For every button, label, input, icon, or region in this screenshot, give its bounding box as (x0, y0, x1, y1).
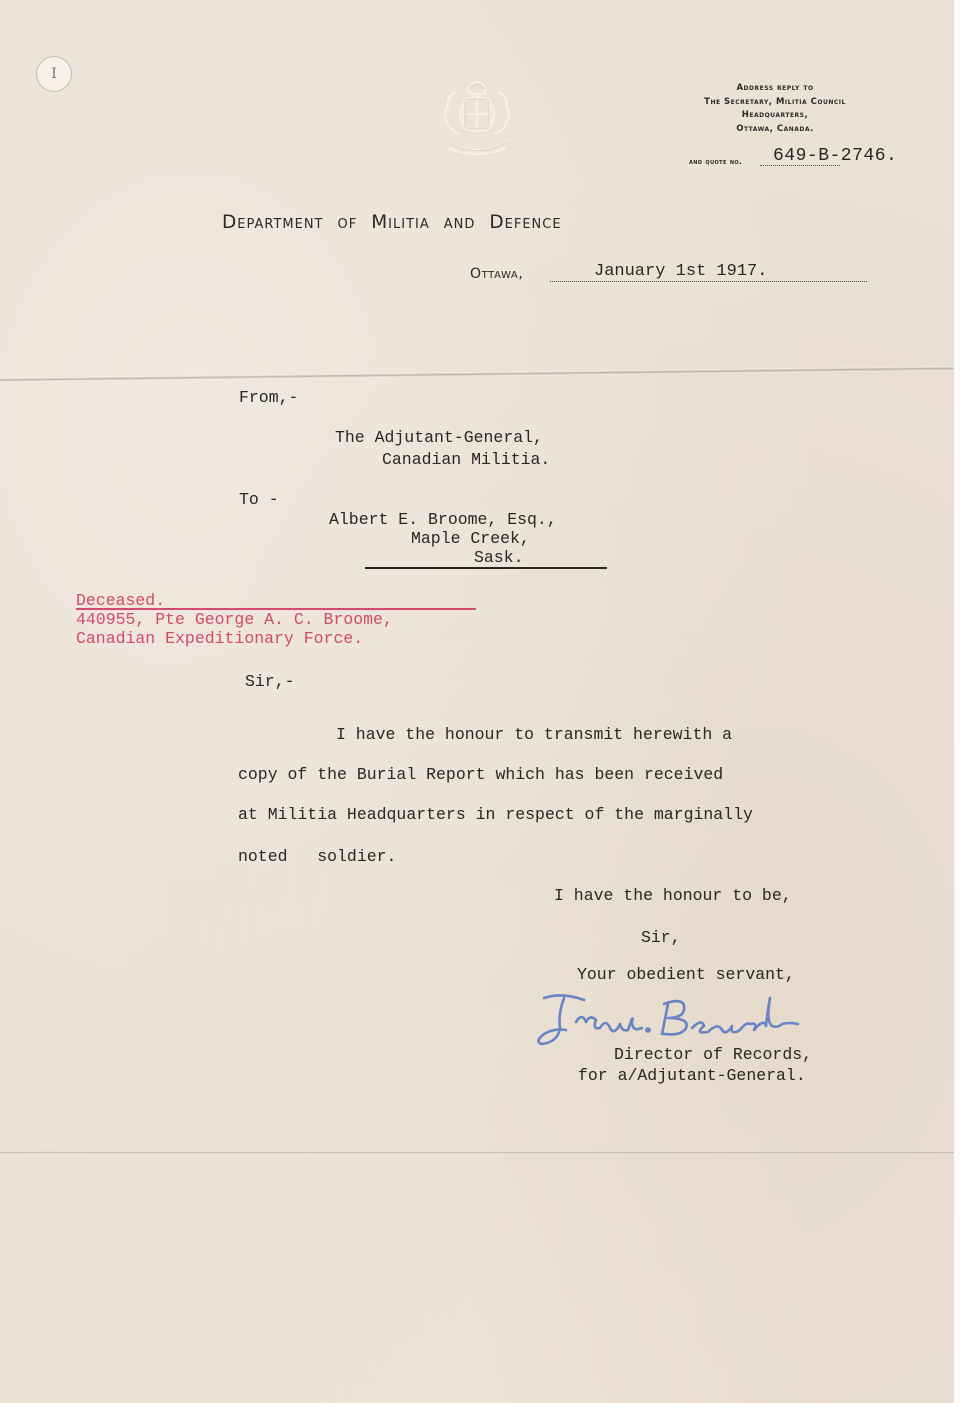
salutation: Sir,- (245, 672, 295, 691)
body-line: at Militia Headquarters in respect of th… (238, 805, 753, 824)
reply-address-line: Ottawa, Canada. (680, 123, 870, 137)
from-label: From,- (239, 388, 298, 407)
reply-address-line: Headquarters, (680, 109, 870, 123)
reply-address-line: Address reply to (680, 82, 870, 96)
fold-crease-lower (0, 1151, 954, 1154)
department-word: Department (222, 212, 323, 233)
punch-mark: I (36, 56, 72, 92)
to-label: To - (239, 490, 279, 509)
signatory-title: Director of Records, (614, 1045, 812, 1064)
letter-date: January 1st 1917. (594, 262, 767, 281)
letter-paper (0, 0, 954, 1403)
sender-line: Canadian Militia. (382, 450, 550, 469)
recipient-line: Maple Creek, (411, 529, 530, 548)
signatory-title: for a/Adjutant-General. (578, 1066, 806, 1085)
closing-line: I have the honour to be, (554, 886, 792, 905)
body-line: copy of the Burial Report which has been… (238, 765, 723, 784)
punch-mark-label: I (51, 66, 57, 82)
closing-line: Sir, (641, 928, 681, 947)
recipient-line: Sask. (474, 548, 524, 567)
date-dotted-line (550, 281, 867, 282)
marginal-note-line: Canadian Expeditionary Force. (76, 629, 363, 648)
department-word: of (337, 212, 357, 233)
marginal-note-line: 440955, Pte George A. C. Broome, (76, 610, 393, 629)
department-word: Militia (371, 212, 430, 233)
closing-line: Your obedient servant, (577, 965, 795, 984)
place-label: Ottawa, (470, 266, 523, 282)
department-heading: DepartmentofMilitiaandDefence (222, 212, 576, 233)
body-line: noted soldier. (238, 847, 396, 866)
royal-crest-icon (418, 72, 536, 162)
sender-line: The Adjutant-General, (335, 428, 543, 447)
paper-edge (954, 0, 960, 1403)
department-word: Defence (489, 212, 561, 233)
recipient-line: Albert E. Broome, Esq., (329, 510, 557, 529)
address-underline (365, 567, 607, 569)
body-line: I have the honour to transmit herewith a (336, 725, 732, 744)
reply-address: Address reply to The Secretary, Militia … (680, 82, 870, 136)
quote-number-label: and quote no. (689, 157, 742, 166)
reply-address-line: The Secretary, Militia Council (680, 96, 870, 110)
department-word: and (444, 212, 476, 233)
quote-number: 649-B-2746. (773, 146, 897, 166)
